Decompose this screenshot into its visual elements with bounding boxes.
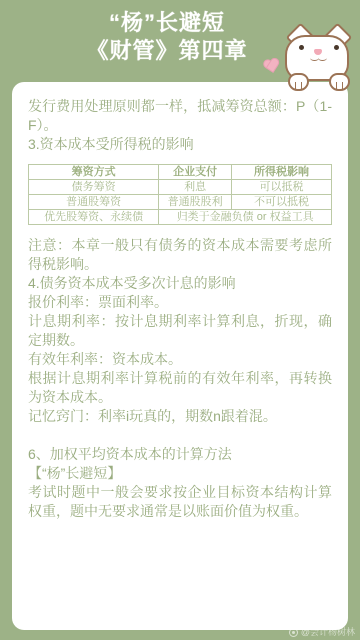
section-wacc-body: 考试时题中一般会要求按企业目标资本结构计算权重，题中无要求通常是以账面价值为权重… [28,483,332,521]
cat-paw-right [329,73,350,91]
paragraph-issue-fee: 发行费用处理原则都一样，抵减筹资总额：P（1-F）。 [28,97,332,135]
study-note-screen: “杨”长避短 《财管》第四章 发行费用处理原则都一样，抵减筹资总额：P（1-F）… [0,0,360,640]
watermark-text: @会计杨树林 [301,626,355,638]
note-income-tax: 注意：本章一般只有债务的资本成本需要考虑所得税影响。 [28,236,332,274]
table-row-merged: 优先股筹资、永续债 归类于金融负债 or 权益工具 [29,210,332,225]
section-wacc-subtitle: 【“杨”长避短】 [28,464,332,483]
table-cell: 不可以抵税 [232,195,332,210]
cat-eye-left [299,45,304,50]
cat-peeking-icon [283,26,355,92]
table-cell: 优先股筹资、永续债 [29,210,159,225]
financing-tax-table: 筹资方式 企业支付 所得税影响 债务筹资 利息 可以抵税 普通股筹资 普通股股利… [28,164,332,225]
cat-eye-right [334,45,339,50]
weibo-eye-icon [289,628,298,637]
table-row: 债务筹资 利息 可以抵税 [29,180,332,195]
column-header: 所得税影响 [232,165,332,180]
watermark: @会计杨树林 [289,626,355,638]
column-header: 企业支付 [159,165,232,180]
table-cell: 可以抵税 [232,180,332,195]
cat-mouth [318,55,327,61]
table-cell: 普通股股利 [159,195,232,210]
line-quoted-rate: 报价利率：票面利率。 [28,293,332,312]
line-period-rate: 计息期利率：按计息期利率计算利息，折现，确定期数。 [28,312,332,350]
cat-paw-left [288,73,309,91]
line-effective-annual-rate: 有效年利率：资本成本。 [28,350,332,369]
table-cell-merged: 归类于金融负债 or 权益工具 [159,210,332,225]
table-row: 普通股筹资 普通股股利 不可以抵税 [29,195,332,210]
line-memory-tip: 记忆窍门：利率i玩真的，期数n跟着混。 [28,407,332,426]
notes-card: 发行费用处理原则都一样，抵减筹资总额：P（1-F）。 3.资本成本受所得税的影响… [12,82,348,630]
section-wacc-title: 6、加权平均资本成本的计算方法 [28,445,332,464]
table-cell: 普通股筹资 [29,195,159,210]
table-header-row: 筹资方式 企业支付 所得税影响 [29,165,332,180]
heading-multiple-interest: 4.债务资本成本受多次计息的影响 [28,274,332,293]
line-pretax-conversion: 根据计息期利率计算税前的有效年利率，再转换为资本成本。 [28,369,332,407]
table-cell: 债务筹资 [29,180,159,195]
heading-income-tax-effect: 3.资本成本受所得税的影响 [28,135,332,154]
table-cell: 利息 [159,180,232,195]
column-header: 筹资方式 [29,165,159,180]
section-wacc: 6、加权平均资本成本的计算方法 【“杨”长避短】 考试时题中一般会要求按企业目标… [28,445,332,521]
